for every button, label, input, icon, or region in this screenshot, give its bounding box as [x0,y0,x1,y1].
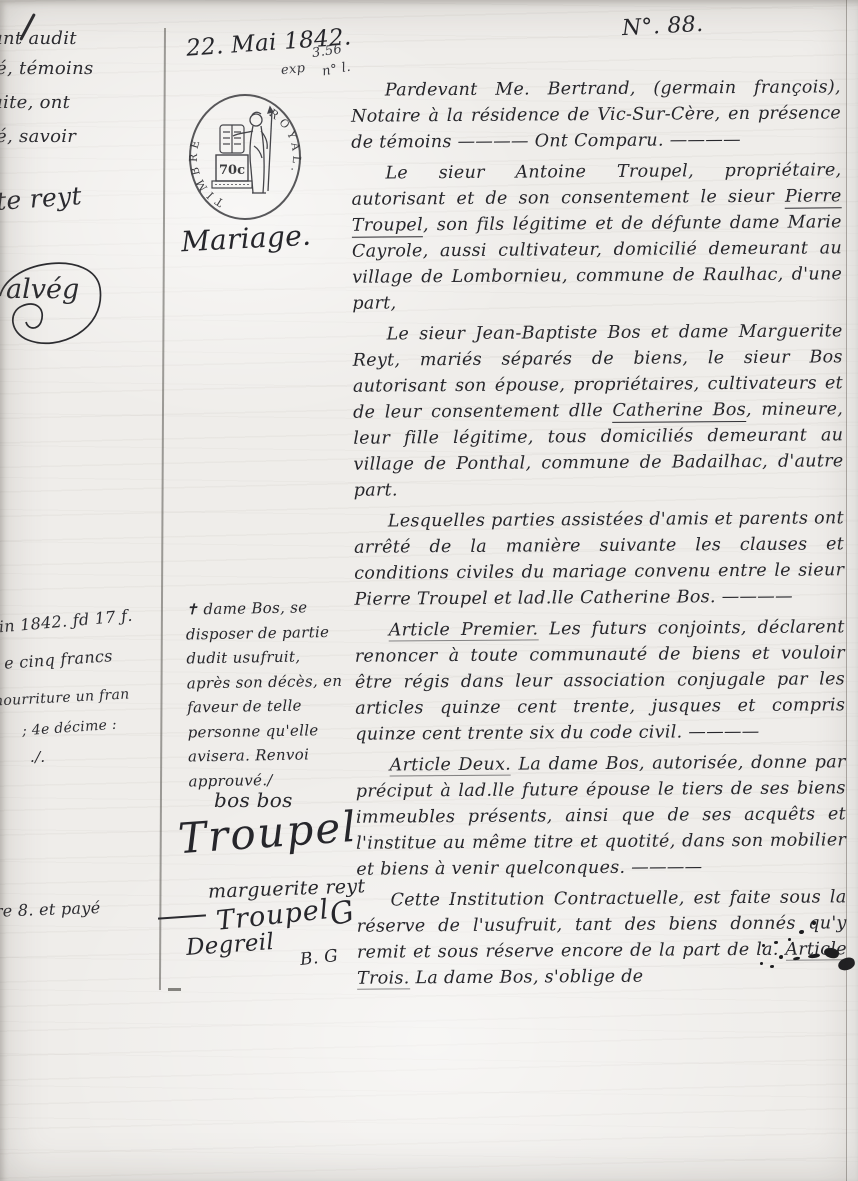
renvoi-line: dame Bos, se [203,598,307,618]
bleed-fragment: ié, savoir [0,126,76,147]
page-fold-foot [168,988,181,991]
signature-paraph-flourish: G [327,894,358,933]
paper-right-edge [847,0,858,1181]
article-2-heading: Article Deux. [390,755,512,777]
stamp-value: 70c [219,163,245,178]
paragraph-bride-party: Le sieur Jean-Baptiste Bos et dame Margu… [353,318,844,503]
signature-troupel-father: Troupel [177,802,360,863]
stamp-graphic: TIMBRE ROYAL. [186,91,304,223]
renvoi-line: faveur de telle [187,697,302,717]
page-fold-line [159,28,166,990]
renvoi-line: personne qu'elle [187,721,318,741]
fee-note-line: nourriture un fran [0,686,130,709]
renvoi-mark: ✝ [185,600,198,618]
fee-note-line: ./. [30,748,46,766]
paraph-text: alvég [6,274,79,305]
paragraph-text: La dame Bos, s'oblige de [410,967,644,989]
fee-note-line: e cinq francs [3,646,113,673]
marginal-renvoi-note: ✝ dame Bos, se disposer de partie dudit … [185,595,360,794]
stamp-tablets [220,125,244,153]
number-annotation: n° l. [321,60,352,80]
paragraph-text: Cette Institution Contractuelle, est fai… [357,887,847,962]
paper-right-edge-line [846,0,847,1181]
act-body-text: Pardevant Me. Bertrand, (germain françoi… [351,74,847,996]
paragraph-article-2: Article Deux. La dame Bos, autorisée, do… [356,749,847,882]
bleed-signature: te reyt [0,181,83,216]
bleed-fragment: ié, témoins [0,58,94,79]
act-type-label: Mariage. [180,219,312,259]
bleed-fragment: aite, ont [0,92,70,113]
bride-name: Catherine Bos [612,400,746,423]
renvoi-line: avisera. Renvoi [188,745,309,765]
paragraph-article-1: Article Premier. Les futurs conjoints, d… [355,614,846,747]
paragraph-groom-party: Le sieur Antoine Troupel, propriétaire, … [351,157,842,316]
folio-number: N°. 88. [621,12,704,41]
renvoi-line: après son décès, en [187,671,343,692]
stamp-pedestal: 70c [212,155,252,188]
paragraph-opening: Pardevant Me. Bertrand, (germain françoi… [351,74,842,155]
fee-note-line: ; 4e décime : [22,717,118,740]
expedition-annotation: exp [280,61,306,78]
signature-initials: B. G [299,946,339,970]
bleed-fragment-bottom: tre 8. et payé [0,898,101,921]
signature-degreil: Degreil [185,929,275,961]
scanned-document-page: 22. Mai 1842. 3.56 exp n° l. N°. 88. TIM… [0,0,858,1181]
signature-dash [158,914,206,920]
paragraph-agreement: Lesquelles parties assistées d'amis et p… [354,505,845,612]
paragraph-institution: Cette Institution Contractuelle, est fai… [356,884,847,991]
renvoi-line: disposer de partie [186,623,330,643]
notary-paraph: alvég [0,246,122,358]
timbre-royal-stamp: TIMBRE ROYAL. [186,91,304,223]
stamp-figure-drawing [233,107,273,193]
article-1-heading: Article Premier. [389,619,539,641]
paragraph-text: Le sieur Antoine Troupel, propriétaire, … [352,160,842,209]
paragraph-text: , son fils légitime et de défunte dame M… [352,212,842,313]
bleed-fragment: ant audit [0,28,77,49]
renvoi-line: dudit usufruit, [186,648,300,668]
fee-annotation: 3.56 [311,42,343,61]
fee-note-line: uin 1842. ƒd 17 ƒ. [0,606,133,638]
